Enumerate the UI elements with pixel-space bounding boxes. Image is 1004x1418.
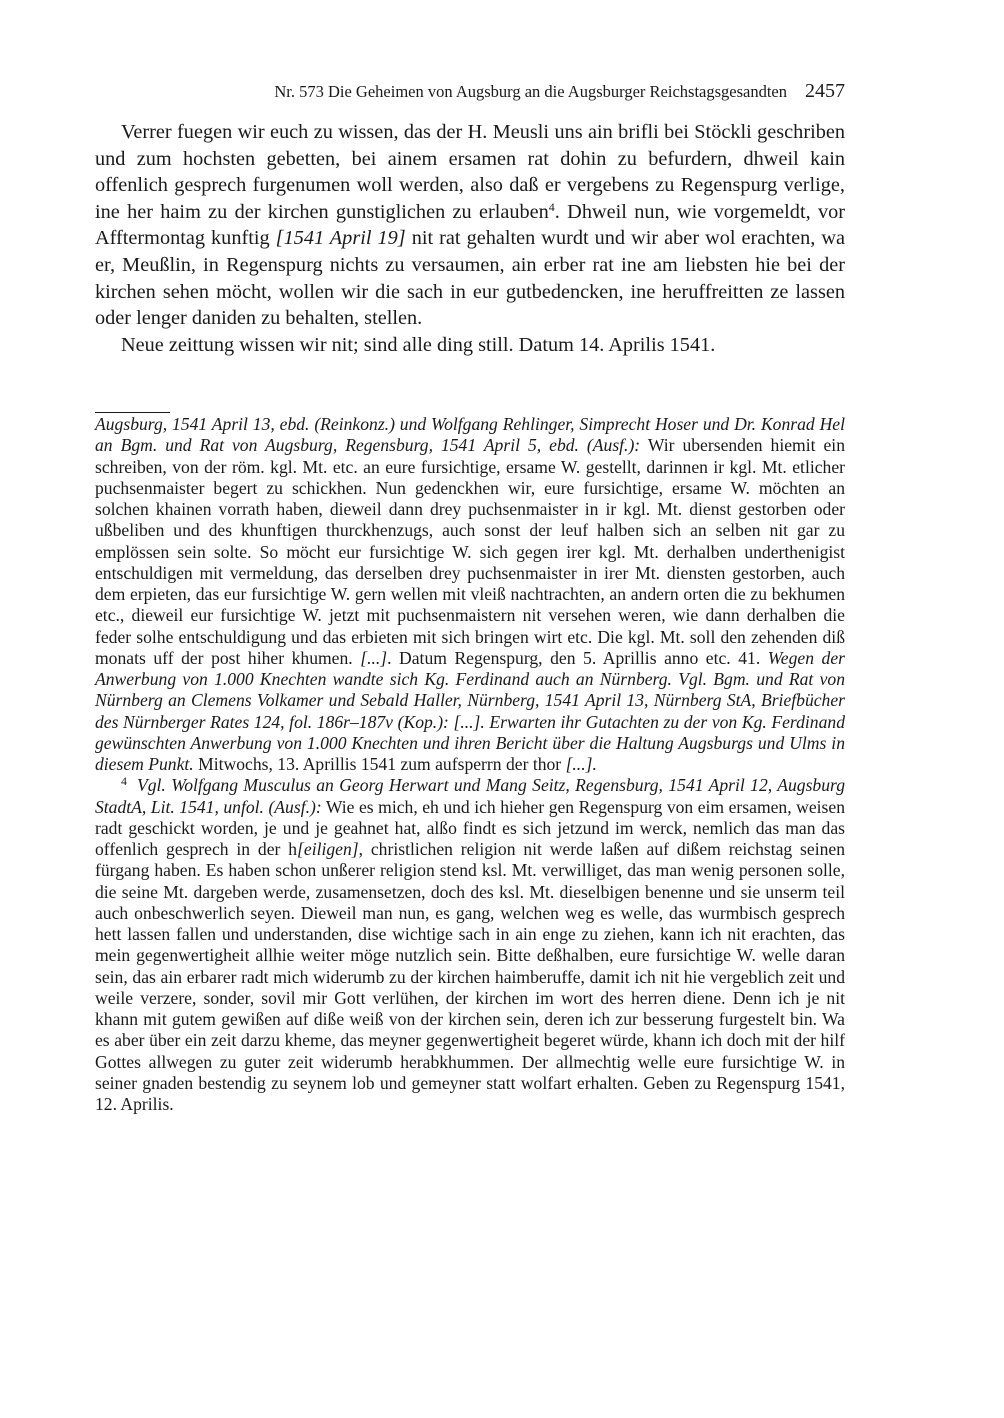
footnote-continued: Augsburg, 1541 April 13, ebd. (Reinkonz.…: [95, 414, 845, 775]
footnote-number: 4: [121, 774, 127, 788]
footnotes: Augsburg, 1541 April 13, ebd. (Reinkonz.…: [95, 414, 845, 1115]
footnote-separator-rule: [95, 412, 170, 413]
main-text: Verrer fuegen wir euch zu wissen, das de…: [95, 119, 845, 358]
running-header-title: Nr. 573 Die Geheimen von Augsburg an die…: [274, 82, 787, 101]
page-number: 2457: [805, 80, 845, 102]
running-header: Nr. 573 Die Geheimen von Augsburg an die…: [95, 80, 845, 103]
main-paragraph-2: Neue zeittung wissen wir nit; sind alle …: [95, 332, 845, 359]
footnote-4: 4Vgl. Wolfgang Musculus an Georg Herwart…: [95, 775, 845, 1115]
editorial-date: [1541 April 19]: [276, 227, 406, 249]
main-paragraph-1: Verrer fuegen wir euch zu wissen, das de…: [95, 119, 845, 332]
